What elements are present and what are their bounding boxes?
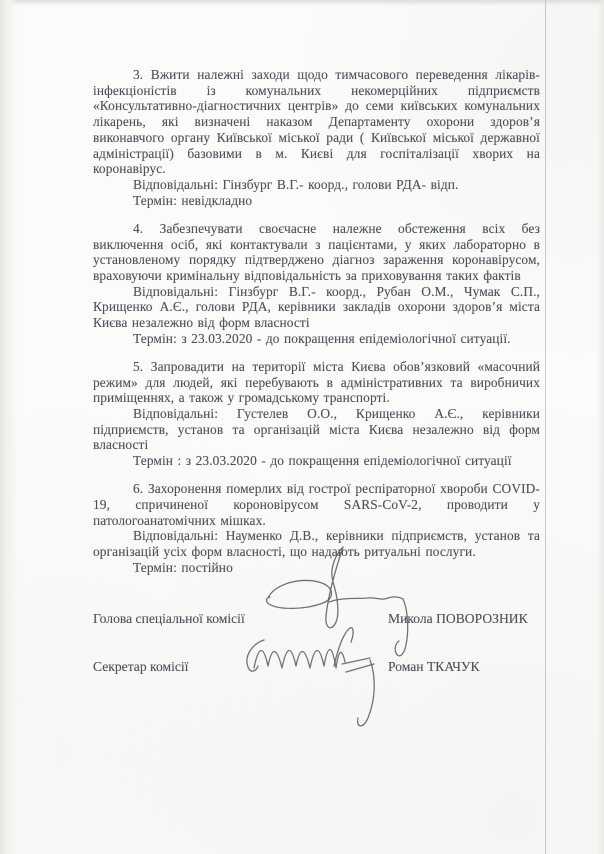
section-body-text: 5. Запровадити на території міста Києва … [93,359,540,406]
section-responsible-line: Відповідальні: Гінзбург В.Г.- коорд., Ру… [93,284,540,331]
scan-artifact-page-fold-line [545,0,546,854]
signature-row-head: Голова спеціальної комісії Микола ПОВОРО… [93,611,540,628]
section-term-line: Термін: з 23.03.2020 - до покращення епі… [93,331,540,347]
scan-artifact-left-edge [0,0,18,854]
signature-person-name: Роман ТКАЧУК [388,659,480,675]
document-body: 3. Вжити належні заходи щодо тимчасового… [93,67,540,676]
section-term-line: Термін: невідкладно [93,193,540,209]
section-item-3: 3. Вжити належні заходи щодо тимчасового… [93,67,540,208]
section-responsible-line: Відповідальні: Науменко Д.В., керівники … [93,528,540,559]
section-item-4: 4. Забезпечувати своєчасне належне обсте… [93,221,540,347]
section-body-text: 4. Забезпечувати своєчасне належне обсте… [93,221,540,284]
scanned-document-page: 3. Вжити належні заходи щодо тимчасового… [0,0,604,854]
signature-row-secretary: Секретар комісії Роман ТКАЧУК [93,659,540,676]
signature-role-label: Секретар комісії [93,659,188,675]
scan-artifact-top-edge [0,0,604,6]
section-term-line: Термін : з 23.03.2020 - до покращення еп… [93,453,540,469]
section-term-line: Термін: постійно [93,560,540,576]
signature-block: Голова спеціальної комісії Микола ПОВОРО… [93,611,540,676]
section-item-6: 6. Захоронення померлих від гострої респ… [93,481,540,575]
scan-artifact-right-edge [597,0,604,854]
section-item-5: 5. Запровадити на території міста Києва … [93,359,540,469]
signature-person-name: Микола ПОВОРОЗНИК [388,611,528,627]
section-responsible-line: Відповідальні: Густелев О.О., Крищенко А… [93,406,540,453]
section-body-text: 3. Вжити належні заходи щодо тимчасового… [93,67,540,177]
signature-role-label: Голова спеціальної комісії [93,611,245,627]
section-body-text: 6. Захоронення померлих від гострої респ… [93,481,540,528]
section-responsible-line: Відповідальні: Гінзбург В.Г.- коорд., го… [93,177,540,193]
